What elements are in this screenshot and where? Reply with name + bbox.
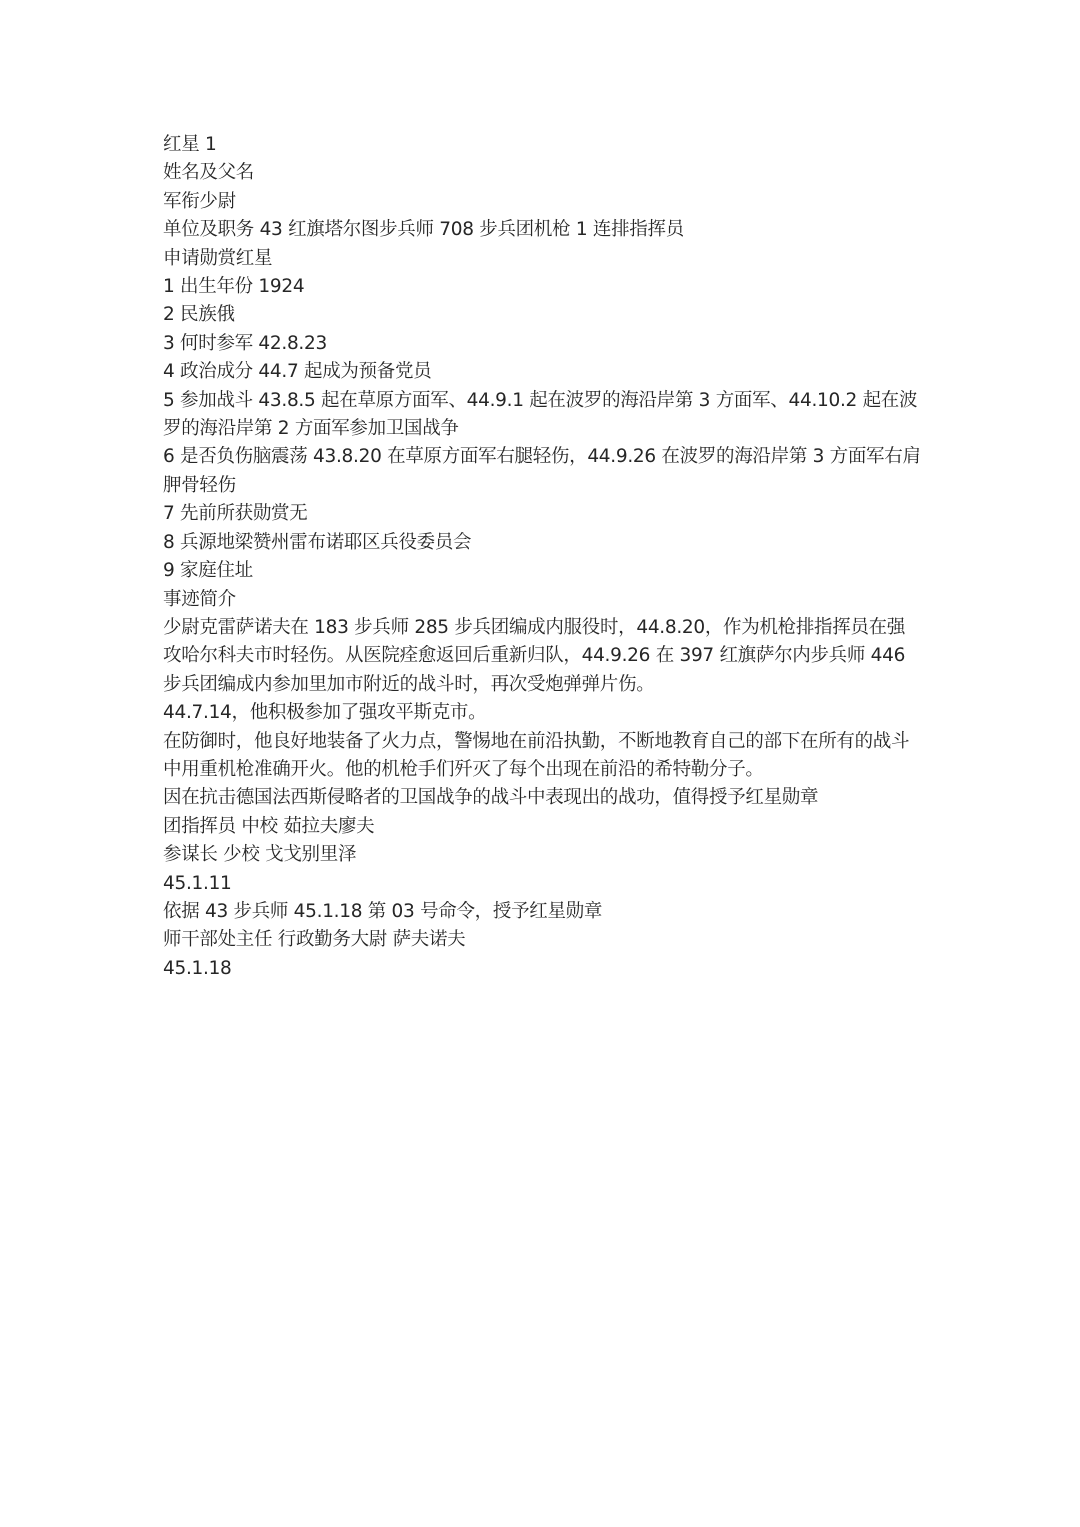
signature-cadre-head: 师干部处主任 行政勤务大尉 萨夫诺夫 xyxy=(163,926,923,954)
summary-paragraph: 在防御时，他良好地装备了火力点，警惕地在前沿执勤，不断地教育自己的部下在所有的战… xyxy=(163,728,923,785)
field-rank: 军衔少尉 xyxy=(163,188,923,216)
summary-paragraph: 因在抗击德国法西斯侵略者的卫国战争的战斗中表现出的战功，值得授予红星勋章 xyxy=(163,784,923,812)
item-conscription-office: 8 兵源地梁赞州雷布诺耶区兵役委员会 xyxy=(163,529,923,557)
signature-regiment-commander: 团指挥员 中校 茹拉夫廖夫 xyxy=(163,813,923,841)
item-enlistment: 3 何时参军 42.8.23 xyxy=(163,330,923,358)
award-order: 依据 43 步兵师 45.1.18 第 03 号命令，授予红星勋章 xyxy=(163,898,923,926)
item-wounds: 6 是否负伤脑震荡 43.8.20 在草原方面军右腿轻伤，44.9.26 在波罗… xyxy=(163,443,923,500)
document-title: 红星 1 xyxy=(163,131,923,159)
field-name: 姓名及父名 xyxy=(163,159,923,187)
date-submitted: 45.1.11 xyxy=(163,870,923,898)
item-previous-awards: 7 先前所获勋赏无 xyxy=(163,500,923,528)
item-battles: 5 参加战斗 43.8.5 起在草原方面军、44.9.1 起在波罗的海沿岸第 3… xyxy=(163,387,923,444)
summary-paragraph: 少尉克雷萨诺夫在 183 步兵师 285 步兵团编成内服役时，44.8.20，作… xyxy=(163,614,923,699)
item-home-address: 9 家庭住址 xyxy=(163,557,923,585)
summary-paragraph: 44.7.14，他积极参加了强攻平斯克市。 xyxy=(163,699,923,727)
summary-heading: 事迹简介 xyxy=(163,586,923,614)
field-award-requested: 申请勋赏红星 xyxy=(163,245,923,273)
item-party-status: 4 政治成分 44.7 起成为预备党员 xyxy=(163,358,923,386)
signature-chief-of-staff: 参谋长 少校 戈戈别里泽 xyxy=(163,841,923,869)
item-nationality: 2 民族俄 xyxy=(163,301,923,329)
field-unit: 单位及职务 43 红旗塔尔图步兵师 708 步兵团机枪 1 连排指挥员 xyxy=(163,216,923,244)
document-page: 红星 1 姓名及父名 军衔少尉 单位及职务 43 红旗塔尔图步兵师 708 步兵… xyxy=(163,131,923,983)
date-awarded: 45.1.18 xyxy=(163,955,923,983)
item-birth-year: 1 出生年份 1924 xyxy=(163,273,923,301)
